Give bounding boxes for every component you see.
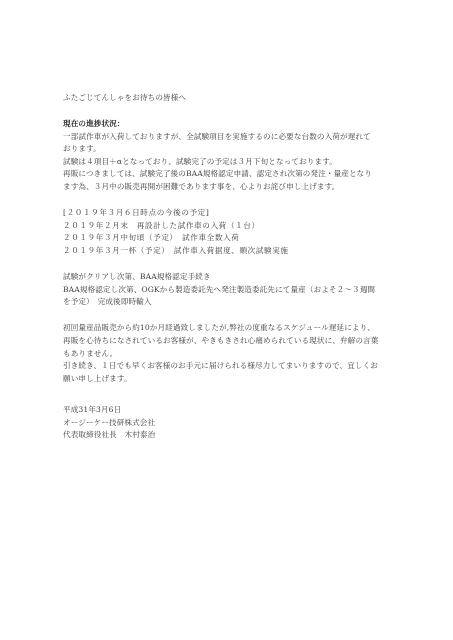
spacer [63,258,403,272]
apology-line: 再販を心待ちになされているお客様が、やきもきされ心痛められている現状に、弁解の言… [63,335,403,348]
schedule-item: ２０１９年３月中旬頃（予定） 試作車全数入荷 [63,232,403,245]
process-line: 試験がクリアし次第、BAA規格認定手続き [63,271,403,284]
spacer [63,385,403,404]
signature-block: 平成31年3月6日 オージーケー技研株式会社 代表取締役社長 木村泰治 [63,404,403,442]
spacer [63,194,403,208]
apology-line: もありません。 [63,348,403,361]
greeting: ふたごじてんしゃをお待ちの皆様へ [63,92,403,105]
schedule-item: ２０１９年３月一杯（予定） 試作車入荷据度、順次試験実施 [63,245,403,258]
spacer [63,309,403,323]
apology-section: 初回量産品販売から約10か月経過致しましたが,弊社の度重なるスケジュール遅延によ… [63,322,403,385]
spacer [63,105,403,119]
signature-date: 平成31年3月6日 [63,404,403,417]
apology-line: 引き続き、１日でも早くお客様のお手元に届けられる様尽力してまいりますので、宜しく… [63,360,403,373]
signature-representative: 代表取締役社長 木村泰治 [63,429,403,442]
status-line: 一部試作車が入荷しておりますが、全試験項目を実施するのに必要な台数の入荷が遅れて [63,131,403,144]
process-line: を予定） 完成後即時輸入 [63,296,403,309]
schedule-section: [２０１９年３月６日時点の今後の予定] ２０１９年２月末 再設計した試作車の入荷… [63,207,403,257]
schedule-heading: [２０１９年３月６日時点の今後の予定] [63,207,403,220]
signature-company: オージーケー技研株式会社 [63,417,403,430]
status-heading: 現在の進捗状況： [63,118,403,131]
process-section: 試験がクリアし次第、BAA規格認定手続き BAA規格認定し次第、OGKから製造委… [63,271,403,309]
document-page: ふたごじてんしゃをお待ちの皆様へ 現在の進捗状況： 一部試作車が入荷しております… [63,92,403,442]
apology-line: 願い申し上げます。 [63,373,403,386]
status-section: 現在の進捗状況： 一部試作車が入荷しておりますが、全試験項目を実施するのに必要な… [63,118,403,194]
schedule-item: ２０１９年２月末 再設計した試作車の入荷（１台） [63,220,403,233]
status-line: 試験は４項目＋αとなっており、試験完了の予定は３月下旬となっております。 [63,156,403,169]
process-line: BAA規格認定し次第、OGKから製造委託先へ発注製造委託先にて量産（およそ２～３… [63,284,403,297]
status-line: おります。 [63,143,403,156]
status-line: 再販につきましては、試験完了後のBAA規格認定申請、認定され次第の発注・量産とな… [63,168,403,181]
status-line: ます為、３月中の販売再開が困難であります事を、心よりお詫び申し上げます。 [63,181,403,194]
apology-line: 初回量産品販売から約10か月経過致しましたが,弊社の度重なるスケジュール遅延によ… [63,322,403,335]
